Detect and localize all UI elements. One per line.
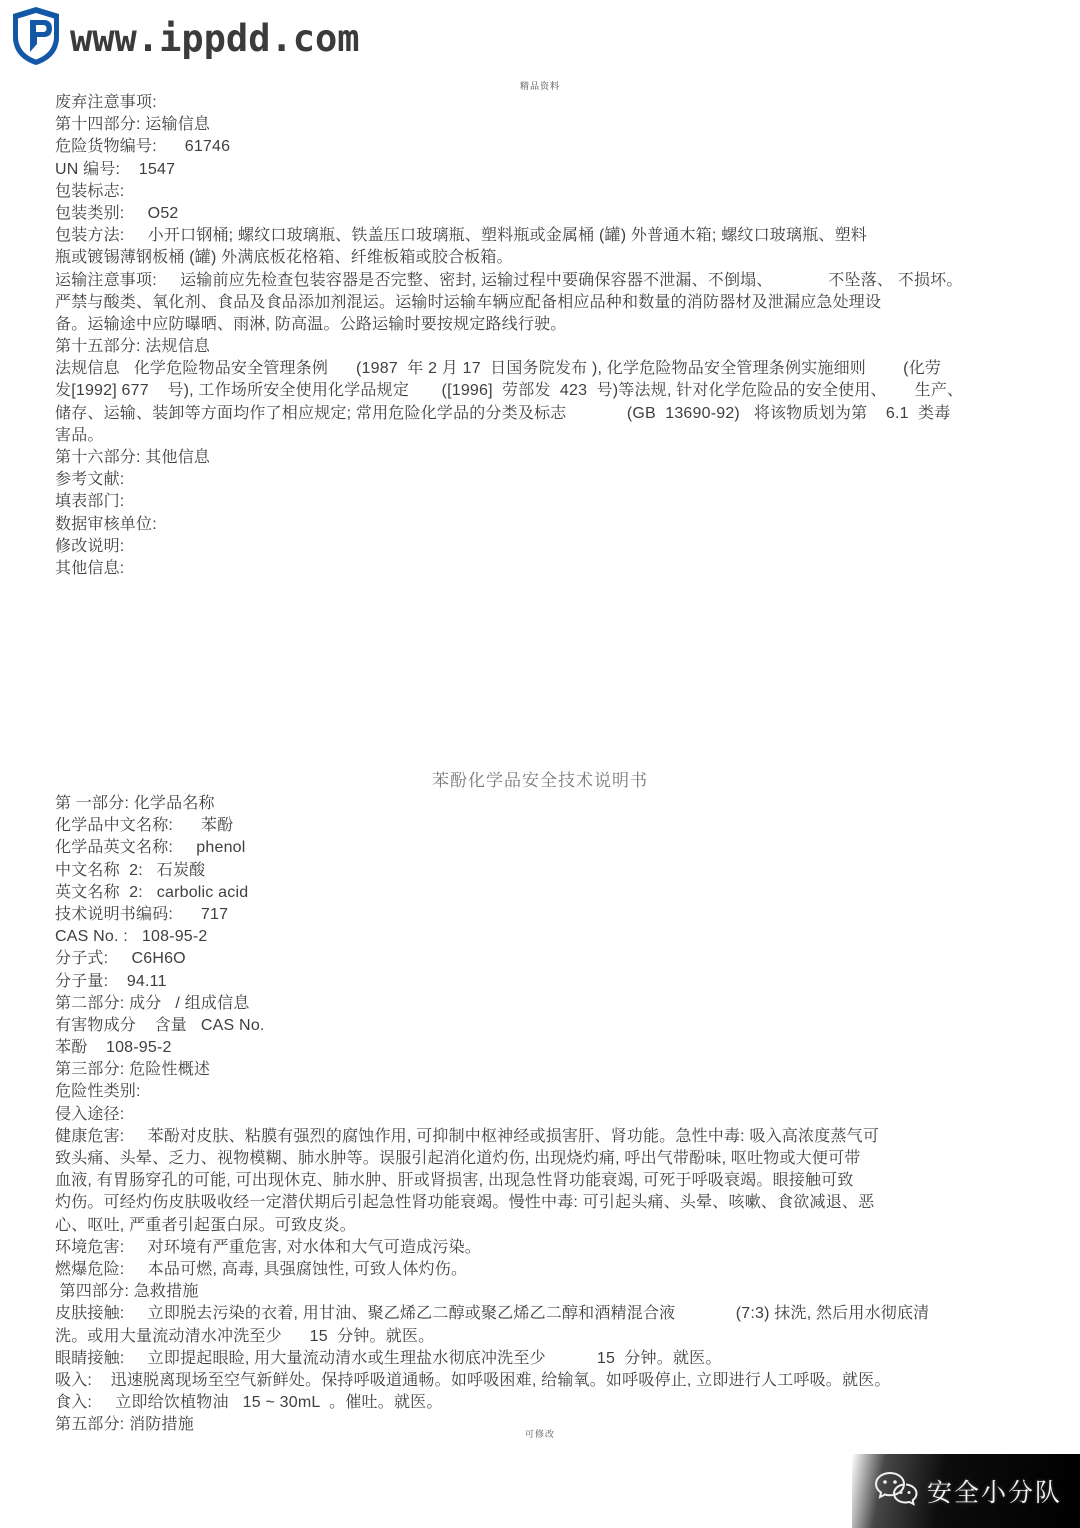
text-line: 英文名称 2: carbolic acid — [55, 882, 1040, 904]
msds-sections-1-5: 第 一部分: 化学品名称化学品中文名称: 苯酚化学品英文名称: phenol中文… — [55, 793, 1040, 1436]
text-line: 填表部门: — [55, 491, 1040, 513]
text-line: 第二部分: 成分 / 组成信息 — [55, 993, 1040, 1015]
text-line: CAS No. : 108-95-2 — [55, 926, 1040, 948]
text-line: 眼睛接触: 立即提起眼睑, 用大量流动清水或生理盐水彻底冲洗至少 15 分钟。就… — [55, 1348, 1040, 1370]
text-line: 修改说明: — [55, 536, 1040, 558]
text-line: 发[1992] 677 号), 工作场所安全使用化学品规定 ([1996] 劳部… — [55, 380, 1040, 402]
text-line: 洗。或用大量流动清水冲洗至少 15 分钟。就医。 — [55, 1326, 1040, 1348]
shield-p-icon — [10, 6, 62, 66]
text-line: UN 编号: 1547 — [55, 159, 1040, 181]
text-line: 其他信息: — [55, 558, 1040, 580]
text-line: 第十四部分: 运输信息 — [55, 114, 1040, 136]
text-line: 第十六部分: 其他信息 — [55, 447, 1040, 469]
text-line: 环境危害: 对环境有严重危害, 对水体和大气可造成污染。 — [55, 1237, 1040, 1259]
document-title: 苯酚化学品安全技术说明书 — [0, 766, 1080, 791]
text-line: 备。运输途中应防曝晒、雨淋, 防高温。公路运输时要按规定路线行驶。 — [55, 314, 1040, 336]
text-line: 储存、运输、装卸等方面均作了相应规定; 常用危险化学品的分类及标志 (GB 13… — [55, 403, 1040, 425]
text-line: 技术说明书编码: 717 — [55, 904, 1040, 926]
text-line: 害品。 — [55, 425, 1040, 447]
text-line: 中文名称 2: 石炭酸 — [55, 860, 1040, 882]
text-line: 化学品英文名称: phenol — [55, 837, 1040, 859]
text-line: 健康危害: 苯酚对皮肤、粘膜有强烈的腐蚀作用, 可抑制中枢神经或损害肝、肾功能。… — [55, 1126, 1040, 1148]
text-line: 包装方法: 小开口钢桶; 螺纹口玻璃瓶、铁盖压口玻璃瓶、塑料瓶或金属桶 (罐) … — [55, 225, 1040, 247]
text-line: 吸入: 迅速脱离现场至空气新鲜处。保持呼吸道通畅。如呼吸困难, 给输氧。如呼吸停… — [55, 1370, 1040, 1392]
text-line: 燃爆危险: 本品可燃, 高毒, 具强腐蚀性, 可致人体灼伤。 — [55, 1259, 1040, 1281]
text-line: 第三部分: 危险性概述 — [55, 1059, 1040, 1081]
site-logo[interactable]: www.ippdd.com — [10, 6, 360, 66]
badge-label: 安全小分队 — [927, 1473, 1062, 1509]
text-line: 皮肤接触: 立即脱去污染的衣着, 用甘油、聚乙烯乙二醇或聚乙烯乙二醇和酒精混合液… — [55, 1303, 1040, 1325]
text-line: 苯酚 108-95-2 — [55, 1037, 1040, 1059]
text-line: 参考文献: — [55, 469, 1040, 491]
text-line: 严禁与酸类、氧化剂、食品及食品添加剂混运。运输时运输车辆应配备相应品种和数量的消… — [55, 292, 1040, 314]
text-line: 化学品中文名称: 苯酚 — [55, 815, 1040, 837]
text-line: 血液, 有胃肠穿孔的可能, 可出现休克、肺水肿、肝或肾损害, 出现急性肾功能衰竭… — [55, 1170, 1040, 1192]
text-line: 包装标志: — [55, 181, 1040, 203]
text-line: 心、呕吐, 严重者引起蛋白尿。可致皮炎。 — [55, 1215, 1040, 1237]
text-line: 第十五部分: 法规信息 — [55, 336, 1040, 358]
logo-text: www.ippdd.com — [70, 13, 360, 60]
text-line: 瓶或镀锡薄钢板桶 (罐) 外满底板花格箱、纤维板箱或胶合板箱。 — [55, 247, 1040, 269]
text-line: 第 一部分: 化学品名称 — [55, 793, 1040, 815]
watermark-bottom: 可修改 — [0, 1427, 1080, 1440]
text-line: 分子量: 94.11 — [55, 971, 1040, 993]
text-line: 数据审核单位: — [55, 514, 1040, 536]
wechat-badge: 安全小分队 — [852, 1454, 1080, 1528]
text-line: 灼伤。可经灼伤皮肤吸收经一定潜伏期后引起急性肾功能衰竭。慢性中毒: 可引起头痛、… — [55, 1192, 1040, 1214]
text-line: 致头痛、头晕、乏力、视物模糊、肺水肿等。误服引起消化道灼伤, 出现烧灼痛, 呼出… — [55, 1148, 1040, 1170]
msds-document-page: www.ippdd.com 精品资料 废弃注意事项:第十四部分: 运输信息危险货… — [0, 0, 1080, 1528]
text-line: 侵入途径: — [55, 1104, 1040, 1126]
watermark-top: 精品资料 — [0, 79, 1080, 92]
text-line: 危险货物编号: 61746 — [55, 136, 1040, 158]
text-line: 分子式: C6H6O — [55, 948, 1040, 970]
text-line: 包装类别: O52 — [55, 203, 1040, 225]
text-line: 危险性类别: — [55, 1081, 1040, 1103]
text-line: 法规信息 化学危险物品安全管理条例 (1987 年 2 月 17 日国务院发布 … — [55, 358, 1040, 380]
text-line: 有害物成分 含量 CAS No. — [55, 1015, 1040, 1037]
text-line: 第四部分: 急救措施 — [55, 1281, 1040, 1303]
text-line: 运输注意事项: 运输前应先检查包装容器是否完整、密封, 运输过程中要确保容器不泄… — [55, 270, 1040, 292]
msds-sections-14-16: 废弃注意事项:第十四部分: 运输信息危险货物编号: 61746UN 编号: 15… — [55, 92, 1040, 580]
text-line: 废弃注意事项: — [55, 92, 1040, 114]
text-line: 食入: 立即给饮植物油 15 ~ 30mL 。催吐。就医。 — [55, 1392, 1040, 1414]
wechat-icon — [873, 1470, 919, 1513]
